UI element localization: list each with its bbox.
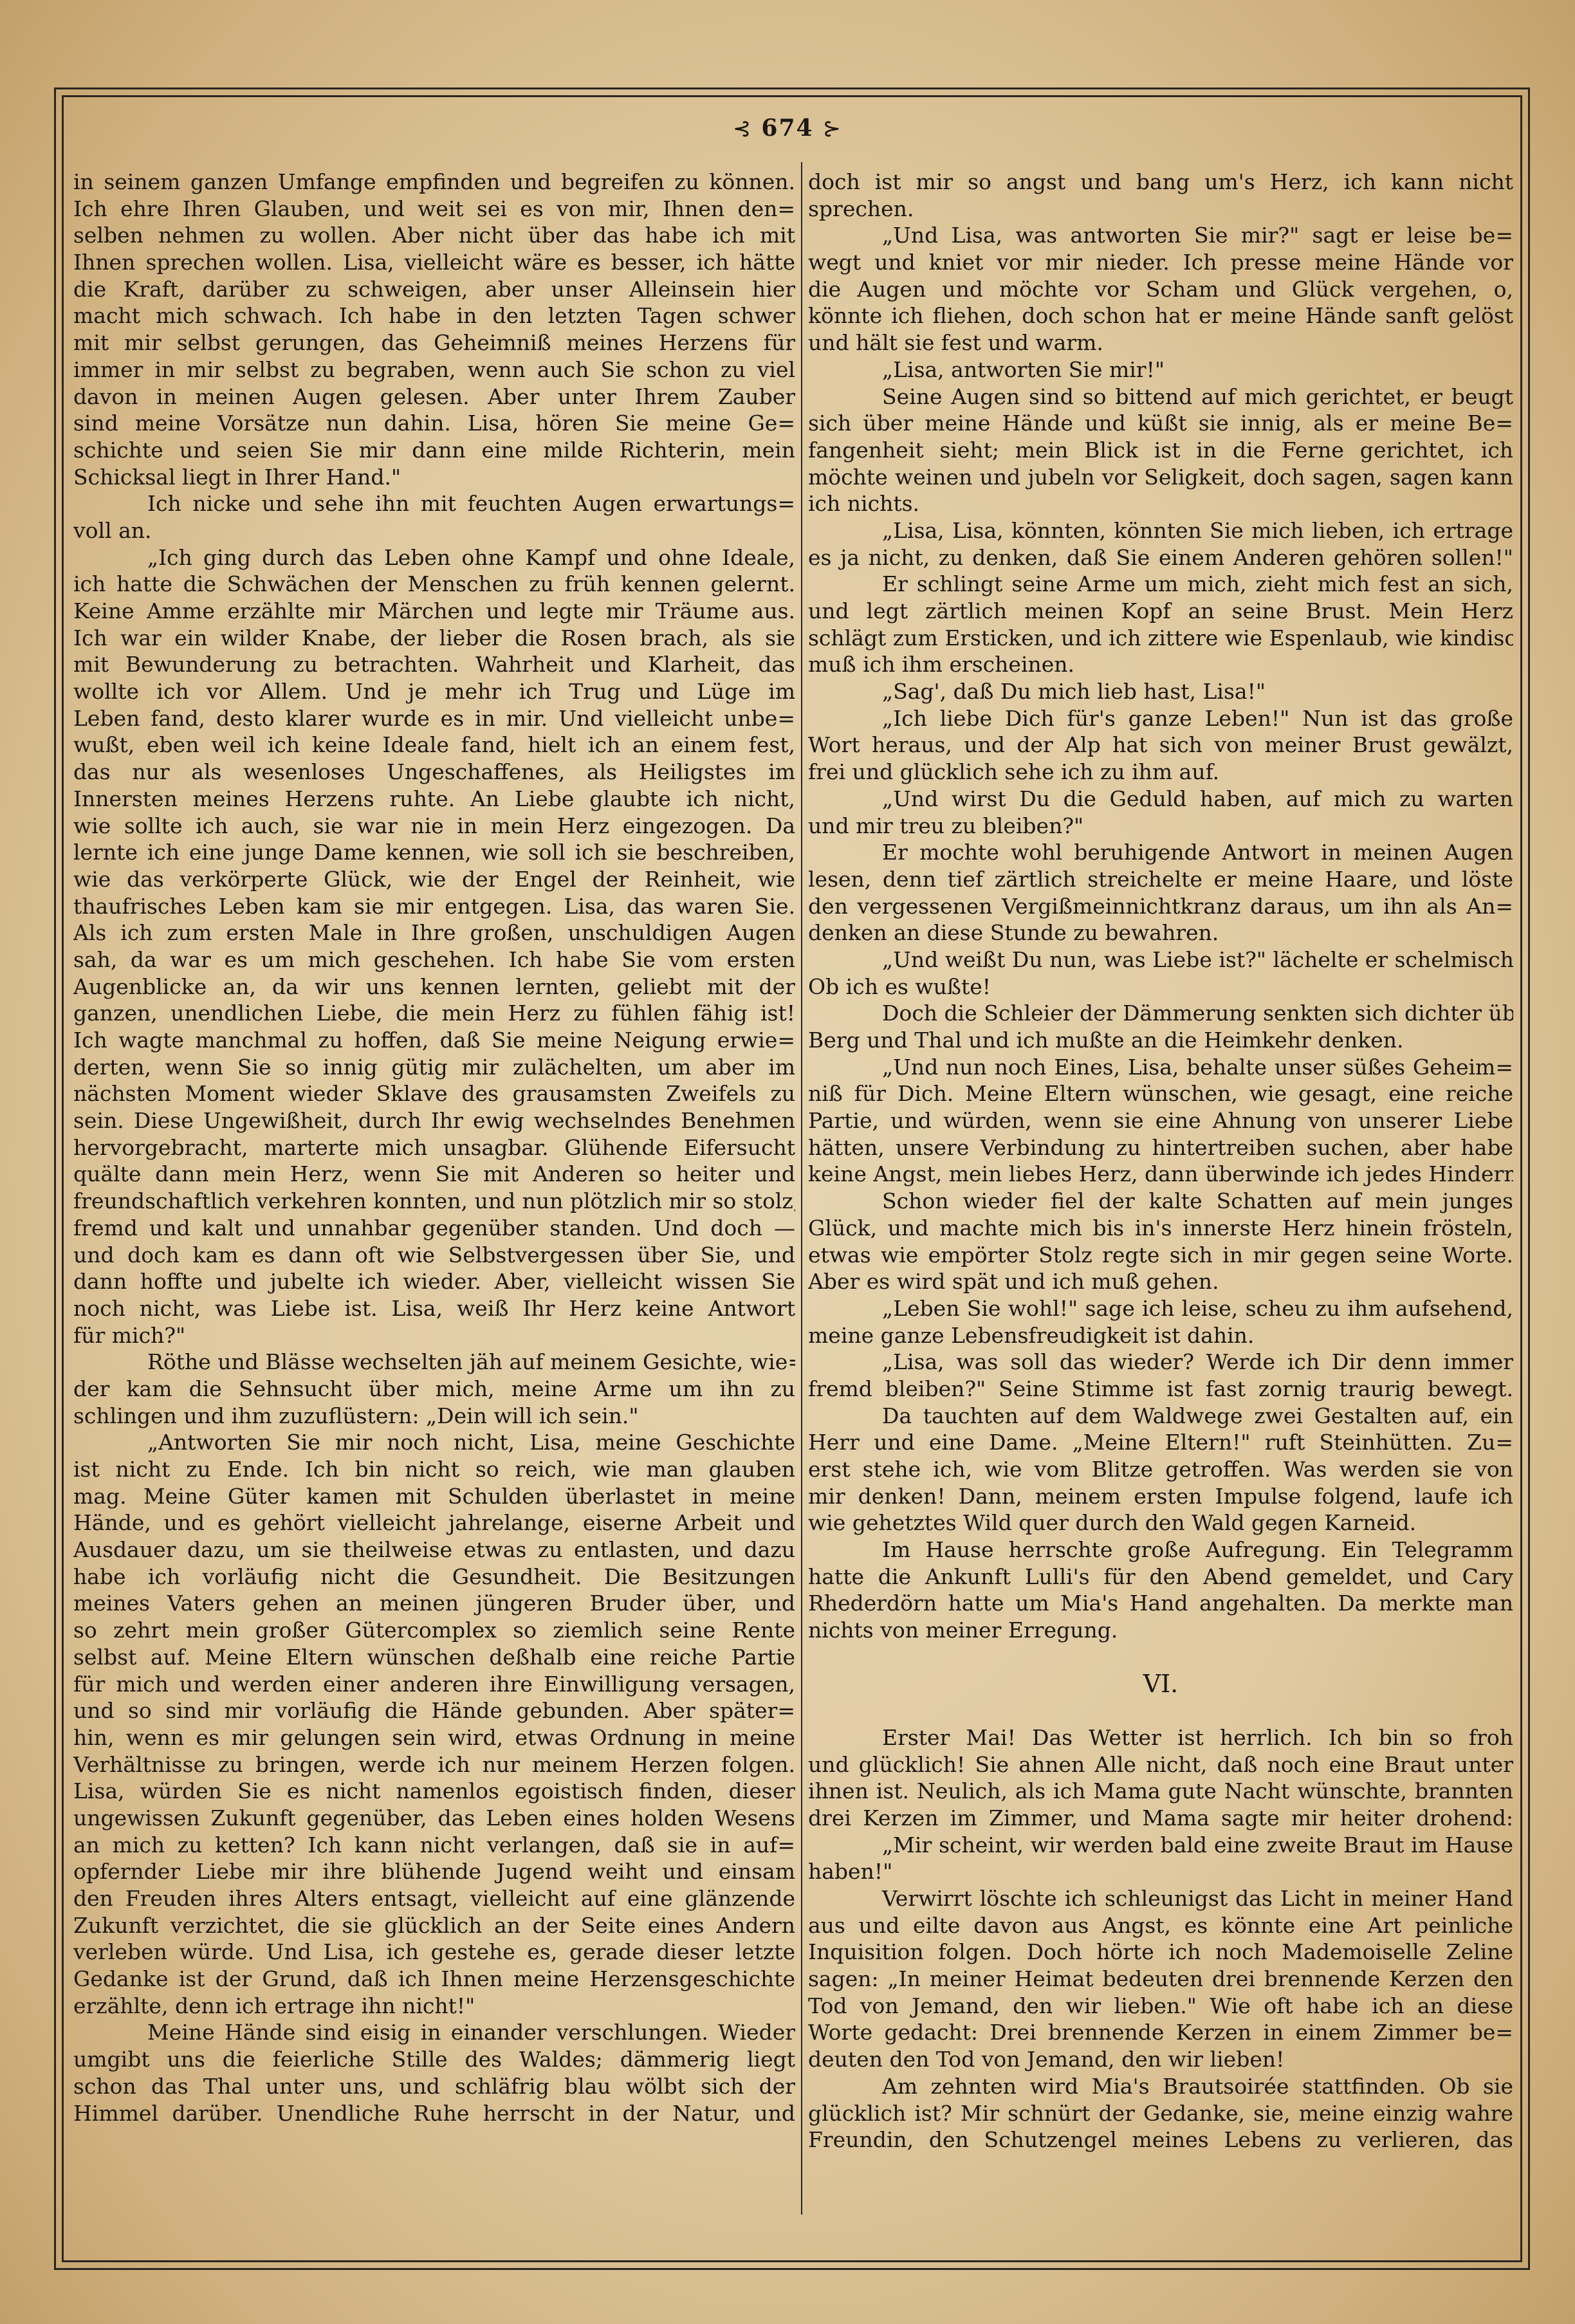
text-line: Verhältnisse zu bringen, werde ich nur m… [73, 1751, 795, 1778]
text-line: muß ich ihm erscheinen. [808, 651, 1513, 678]
text-line: Erster Mai! Das Wetter ist herrlich. Ich… [808, 1724, 1513, 1751]
text-line: die Kraft, darüber zu schweigen, aber un… [73, 276, 795, 303]
text-line: immer in mir selbst zu begraben, wenn au… [73, 356, 795, 383]
text-line: Er schlingt seine Arme um mich, zieht mi… [808, 571, 1513, 598]
text-line: Meine Hände sind eisig in einander versc… [73, 2019, 795, 2046]
text-line: wußt, eben weil ich keine Ideale fand, h… [73, 732, 795, 759]
text-line: Er mochte wohl beruhigende Antwort in me… [808, 839, 1513, 866]
text-line: ich hatte die Schwächen der Menschen zu … [73, 571, 795, 598]
text-line: und glücklich! Sie ahnen Alle nicht, daß… [808, 1751, 1513, 1778]
text-line: schlingen und ihm zuzuflüstern: „Dein wi… [73, 1403, 795, 1430]
text-line: ihnen ist. Neulich, als ich Mama gute Na… [808, 1778, 1513, 1805]
text-line: Aber es wird spät und ich muß gehen. [808, 1268, 1513, 1295]
text-line: Ihnen sprechen wollen. Lisa, vielleicht … [73, 249, 795, 276]
text-line: in seinem ganzen Umfange empfinden und b… [73, 169, 795, 196]
text-line: freundschaftlich verkehren konnten, und … [73, 1188, 795, 1215]
text-line: das nur als wesenloses Ungeschaffenes, a… [73, 759, 795, 786]
text-line: fremd bleiben?" Seine Stimme ist fast zo… [808, 1376, 1513, 1403]
text-line: der kam die Sehnsucht über mich, meine A… [73, 1376, 795, 1403]
text-line: Am zehnten wird Mia's Brautsoirée stattf… [808, 2073, 1513, 2100]
text-line: thaufrisches Leben kam sie mir entgegen.… [73, 893, 795, 920]
text-line: „Lisa, antworten Sie mir!" [808, 356, 1513, 383]
text-line: meines Vaters gehen an meinen jüngeren B… [73, 1590, 795, 1617]
text-line: voll an. [73, 517, 795, 544]
text-line: Verwirrt löschte ich schleunigst das Lic… [808, 1885, 1513, 1912]
text-line: schon das Thal unter uns, und schläfrig … [73, 2073, 795, 2100]
text-line: und mir treu zu bleiben?" [808, 813, 1513, 840]
section-heading: VI. [808, 1671, 1513, 1698]
text-line: haben!" [808, 1858, 1513, 1885]
text-line: Rhederdörn hatte um Mia's Hand angehalte… [808, 1590, 1513, 1617]
text-line: sprechen. [808, 196, 1513, 223]
text-line: Ausdauer dazu, um sie theilweise etwas z… [73, 1536, 795, 1563]
text-line: derten, wenn Sie so innig gütig mir zulä… [73, 1054, 795, 1081]
text-line [808, 1644, 1513, 1671]
text-line: hätten, unsere Verbindung zu hintertreib… [808, 1134, 1513, 1161]
text-line: Lisa, würden Sie es nicht namenlos egois… [73, 1778, 795, 1805]
text-line: an mich zu ketten? Ich kann nicht verlan… [73, 1832, 795, 1859]
text-line: wie das verkörperte Glück, wie der Engel… [73, 866, 795, 893]
text-line: doch ist mir so angst und bang um's Herz… [808, 169, 1513, 196]
text-line: „Lisa, was soll das wieder? Werde ich Di… [808, 1349, 1513, 1376]
text-line: Schon wieder fiel der kalte Schatten auf… [808, 1188, 1513, 1215]
text-line: „Leben Sie wohl!" sage ich leise, scheu … [808, 1295, 1513, 1322]
text-line: Seine Augen sind so bittend auf mich ger… [808, 383, 1513, 410]
text-line: selben nehmen zu wollen. Aber nicht über… [73, 222, 795, 249]
text-line: fremd und kalt und unnahbar gegenüber st… [73, 1215, 795, 1242]
text-line: denken an diese Stunde zu bewahren. [808, 919, 1513, 946]
text-line: mir denken! Dann, meinem ersten Impulse … [808, 1483, 1513, 1510]
text-line: aus und eilte davon aus Angst, es könnte… [808, 1912, 1513, 1939]
text-line: lernte ich eine junge Dame kennen, wie s… [73, 839, 795, 866]
text-line: Ob ich es wußte! [808, 973, 1513, 1001]
text-line: Da tauchten auf dem Waldwege zwei Gestal… [808, 1403, 1513, 1430]
text-line: Worte gedacht: Drei brennende Kerzen in … [808, 2019, 1513, 2046]
text-line: die Augen und möchte vor Scham und Glück… [808, 276, 1513, 303]
text-line: Himmel darüber. Unendliche Ruhe herrscht… [73, 2100, 795, 2127]
text-line: sein. Diese Ungewißheit, durch Ihr ewig … [73, 1107, 795, 1134]
text-line: Leben fand, desto klarer wurde es in mir… [73, 705, 795, 732]
text-line: Ich war ein wilder Knabe, der lieber die… [73, 625, 795, 652]
text-line: nächsten Moment wieder Sklave des grausa… [73, 1080, 795, 1107]
text-line: mit mir selbst gerungen, das Geheimniß m… [73, 329, 795, 356]
text-line: keine Angst, mein liebes Herz, dann über… [808, 1161, 1513, 1188]
text-line: „Und Lisa, was antworten Sie mir?" sagt … [808, 222, 1513, 249]
text-line: Wort heraus, und der Alp hat sich von me… [808, 732, 1513, 759]
text-line: Keine Amme erzählte mir Märchen und legt… [73, 598, 795, 625]
text-line: Ich ehre Ihren Glauben, und weit sei es … [73, 196, 795, 223]
text-line: davon in meinen Augen gelesen. Aber unte… [73, 383, 795, 410]
text-line: Röthe und Blässe wechselten jäh auf mein… [73, 1349, 795, 1376]
text-line: Ich nicke und sehe ihn mit feuchten Auge… [73, 490, 795, 517]
text-line: sagen: „In meiner Heimat bedeuten drei b… [808, 1966, 1513, 1993]
text-line: quälte dann mein Herz, wenn Sie mit Ande… [73, 1161, 795, 1188]
text-line: hatte die Ankunft Lulli's für den Abend … [808, 1563, 1513, 1591]
text-line: Berg und Thal und ich mußte an die Heimk… [808, 1027, 1513, 1054]
text-line: und doch kam es dann oft wie Selbstverge… [73, 1242, 795, 1269]
text-line: „Ich ging durch das Leben ohne Kampf und… [73, 544, 795, 571]
ornament-left-icon: ⊰ [733, 116, 753, 142]
text-line: niß für Dich. Meine Eltern wünschen, wie… [808, 1080, 1513, 1107]
text-line: Ich wagte manchmal zu hoffen, daß Sie me… [73, 1027, 795, 1054]
text-line: Freundin, den Schutzengel meines Lebens … [808, 2126, 1513, 2153]
text-line: „Antworten Sie mir noch nicht, Lisa, mei… [73, 1429, 795, 1456]
text-line: „Und weißt Du nun, was Liebe ist?" läche… [808, 946, 1513, 973]
text-line: selbst auf. Meine Eltern wünschen deßhal… [73, 1644, 795, 1671]
left-column: in seinem ganzen Umfange empfinden und b… [73, 169, 795, 2126]
text-line: mag. Meine Güter kamen mit Schulden über… [73, 1483, 795, 1510]
page-header: ⊰674⊱ [0, 115, 1575, 142]
text-line: für mich?" [73, 1322, 795, 1349]
text-line: „Lisa, Lisa, könnten, könnten Sie mich l… [808, 517, 1513, 544]
text-line: ist nicht zu Ende. Ich bin nicht so reic… [73, 1456, 795, 1483]
text-line: wie gehetztes Wild quer durch den Wald g… [808, 1509, 1513, 1536]
text-line: macht mich schwach. Ich habe in den letz… [73, 302, 795, 329]
text-line: deuten den Tod von Jemand, den wir liebe… [808, 2046, 1513, 2073]
text-line: Partie, und würden, wenn sie eine Ahnung… [808, 1107, 1513, 1134]
text-line: „Sag', daß Du mich lieb hast, Lisa!" [808, 678, 1513, 705]
text-line: hervorgebracht, marterte mich unsagbar. … [73, 1134, 795, 1161]
text-line: „Mir scheint, wir werden bald eine zweit… [808, 1832, 1513, 1859]
text-line: und legt zärtlich meinen Kopf an seine B… [808, 598, 1513, 625]
text-line: Augenblicke an, da wir uns kennen lernte… [73, 973, 795, 1001]
text-line: noch nicht, was Liebe ist. Lisa, weiß Ih… [73, 1295, 795, 1322]
text-line: Schicksal liegt in Ihrer Hand." [73, 464, 795, 491]
text-line: es ja nicht, zu denken, daß Sie einem An… [808, 544, 1513, 571]
text-line: so zehrt mein großer Gütercomplex so zie… [73, 1617, 795, 1644]
text-line: Tod von Jemand, den wir lieben." Wie oft… [808, 1993, 1513, 2020]
text-line: etwas wie empörter Stolz regte sich in m… [808, 1242, 1513, 1269]
text-line: „Ich liebe Dich für's ganze Leben!" Nun … [808, 705, 1513, 732]
text-line: Innersten meines Herzens ruhte. An Liebe… [73, 786, 795, 813]
text-line: den Freuden ihres Alters entsagt, vielle… [73, 1885, 795, 1912]
text-line: erst stehe ich, wie vom Blitze getroffen… [808, 1456, 1513, 1483]
column-divider [801, 162, 802, 2215]
text-line: dann hoffte und jubelte ich wieder. Aber… [73, 1268, 795, 1295]
text-line: glücklich ist? Mir schnürt der Gedanke, … [808, 2100, 1513, 2127]
text-line: Doch die Schleier der Dämmerung senkten … [808, 1000, 1513, 1027]
text-line: möchte weinen und jubeln vor Seligkeit, … [808, 464, 1513, 491]
text-line: schichte und seien Sie mir dann eine mil… [73, 437, 795, 464]
text-line: wegt und kniet vor mir nieder. Ich press… [808, 249, 1513, 276]
text-line: frei und glücklich sehe ich zu ihm auf. [808, 759, 1513, 786]
text-line: schlägt zum Ersticken, und ich zittere w… [808, 625, 1513, 652]
text-line: erzählte, denn ich ertrage ihn nicht!" [73, 1993, 795, 2020]
text-line: und hält sie fest und warm. [808, 329, 1513, 356]
text-line: Hände, und es gehört vielleicht jahrelan… [73, 1509, 795, 1536]
text-line: Im Hause herrschte große Aufregung. Ein … [808, 1536, 1513, 1563]
text-line: opfernder Liebe mir ihre blühende Jugend… [73, 1858, 795, 1885]
text-line: lesen, denn tief zärtlich streichelte er… [808, 866, 1513, 893]
text-line: ganzen, unendlichen Liebe, die mein Herz… [73, 1000, 795, 1027]
text-line: mit Bewunderung zu betrachten. Wahrheit … [73, 651, 795, 678]
text-line: wollte ich vor Allem. Und je mehr ich Tr… [73, 678, 795, 705]
text-line: wie sollte ich auch, sie war nie in mein… [73, 813, 795, 840]
text-line: sah, da war es um mich geschehen. Ich ha… [73, 946, 795, 973]
text-line: den vergessenen Vergißmeinnichtkranz dar… [808, 893, 1513, 920]
text-line: sind meine Vorsätze nun dahin. Lisa, hör… [73, 410, 795, 437]
text-line: Zukunft verzichtet, die sie glücklich an… [73, 1912, 795, 1939]
text-line: und so sind mir vorläufig die Hände gebu… [73, 1697, 795, 1724]
text-line: könnte ich fliehen, doch schon hat er me… [808, 302, 1513, 329]
right-column: doch ist mir so angst und bang um's Herz… [808, 169, 1513, 2153]
text-line: ich nichts. [808, 490, 1513, 517]
text-line: Als ich zum ersten Male in Ihre großen, … [73, 919, 795, 946]
text-line: drei Kerzen im Zimmer, und Mama sagte mi… [808, 1805, 1513, 1832]
text-line: umgibt uns die feierliche Stille des Wal… [73, 2046, 795, 2073]
text-line: ungewissen Zukunft gegenüber, das Leben … [73, 1805, 795, 1832]
text-line [808, 1697, 1513, 1724]
text-line: nichts von meiner Erregung. [808, 1617, 1513, 1644]
text-line: „Und wirst Du die Geduld haben, auf mich… [808, 786, 1513, 813]
text-line: sich über meine Hände und küßt sie innig… [808, 410, 1513, 437]
text-line: Gedanke ist der Grund, daß ich Ihnen mei… [73, 1966, 795, 1993]
ornament-right-icon: ⊱ [823, 116, 843, 142]
text-line: für mich und werden einer anderen ihre E… [73, 1671, 795, 1698]
text-line: Glück, und machte mich bis in's innerste… [808, 1215, 1513, 1242]
text-line: fangenheit sieht; mein Blick ist in die … [808, 437, 1513, 464]
text-line: Inquisition folgen. Doch hörte ich noch … [808, 1939, 1513, 1966]
text-line: meine ganze Lebensfreudigkeit ist dahin. [808, 1322, 1513, 1349]
text-line: „Und nun noch Eines, Lisa, behalte unser… [808, 1054, 1513, 1081]
text-line: hin, wenn es mir gelungen sein wird, etw… [73, 1724, 795, 1751]
text-line: verleben würde. Und Lisa, ich gestehe es… [73, 1939, 795, 1966]
text-line: habe ich vorläufig nicht die Gesundheit.… [73, 1563, 795, 1591]
page-number: 674 [761, 115, 813, 142]
text-line: Herr und eine Dame. „Meine Eltern!" ruft… [808, 1429, 1513, 1456]
